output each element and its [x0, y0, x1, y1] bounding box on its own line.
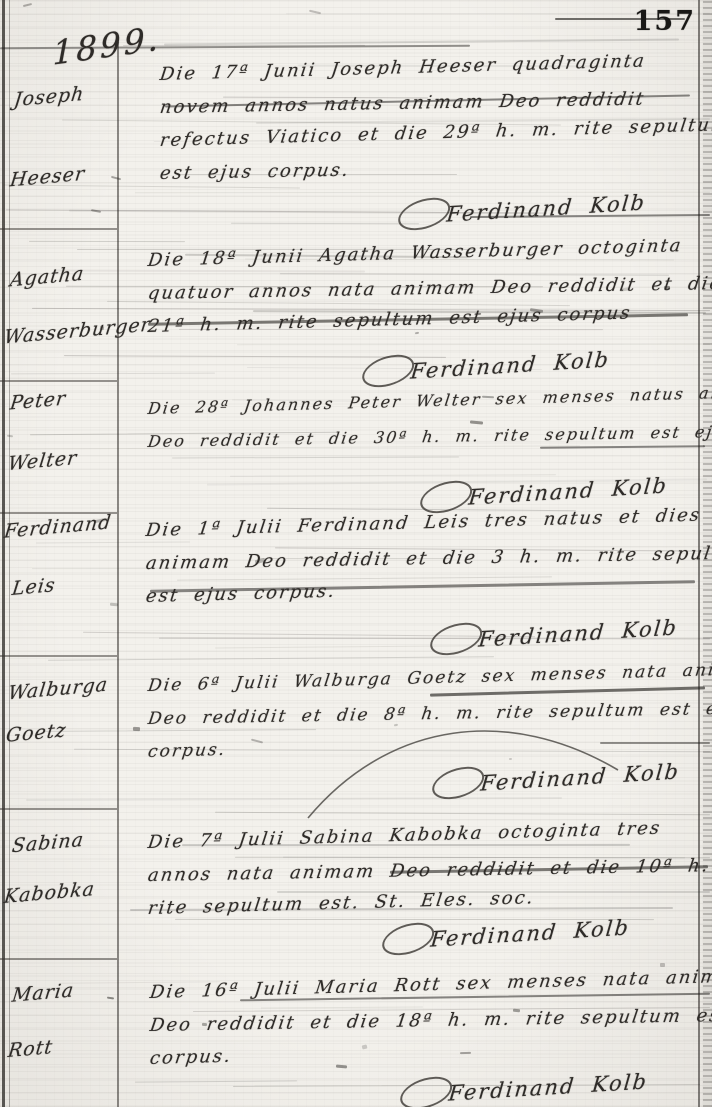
scan-streak	[133, 727, 140, 731]
margin-column-rule	[117, 42, 119, 1107]
signature-text: Ferdinand Kolb	[447, 1069, 649, 1105]
margin-name: Goetz	[5, 719, 68, 747]
left-page-edge-rule	[2, 0, 5, 1107]
signature-text: Ferdinand Kolb	[479, 759, 681, 795]
margin-name: Joseph	[13, 83, 86, 111]
scan-streak	[7, 435, 13, 438]
row-divider	[0, 655, 117, 657]
page-number: 157	[634, 6, 696, 37]
margin-name: Walburga	[7, 673, 110, 704]
scan-streak	[230, 475, 556, 477]
row-divider	[0, 380, 117, 382]
margin-name: Sabina	[11, 829, 86, 858]
margin-name: Kabobka	[3, 878, 97, 908]
entry-record: Die 16ª Julii Maria Rott sex menses nata…	[150, 976, 712, 1075]
margin-name: Heeser	[9, 163, 87, 192]
margin-name: Ferdinand	[3, 511, 113, 543]
scan-streak	[107, 996, 114, 999]
entry-record: Die 28ª Johannes Peter Welter sex menses…	[148, 392, 712, 458]
signature-flourish-icon	[429, 617, 484, 660]
row-divider	[0, 228, 117, 230]
entry-record: Die 6ª Julii Walburga Goetz sex menses n…	[148, 670, 712, 769]
margin-name: Agatha	[9, 263, 86, 292]
margin-name: Peter	[9, 387, 68, 414]
signature-text: Ferdinand Kolb	[429, 915, 631, 951]
scan-streak	[91, 210, 101, 214]
row-divider	[0, 808, 117, 810]
entry-record: Die 17ª Junii Joseph Heeser quadraginta …	[160, 58, 712, 190]
entry-record: Die 18ª Junii Agatha Wasserburger octogi…	[148, 244, 712, 343]
scan-streak	[231, 222, 419, 223]
signature-flourish-icon	[397, 192, 452, 235]
signature-text: Ferdinand Kolb	[409, 347, 611, 383]
register-scan-page: 157 1899. Joseph Heeser Die 17ª Junii Jo…	[0, 0, 712, 1107]
row-divider	[0, 958, 117, 960]
signature-flourish-icon	[399, 1071, 454, 1107]
priest-signature: Ferdinand Kolb	[429, 610, 680, 655]
scan-streak	[23, 3, 32, 7]
margin-name: Rott	[7, 1036, 55, 1062]
signature-text: Ferdinand Kolb	[477, 615, 679, 651]
scan-streak	[48, 657, 494, 662]
scan-streak	[135, 1080, 297, 1082]
entry-record: Die 1ª Julii Ferdinand Leis tres natus e…	[146, 514, 712, 613]
margin-name: Maria	[11, 979, 76, 1007]
margin-name: Leis	[11, 574, 57, 600]
year-label: 1899.	[53, 18, 161, 73]
margin-name: Wasserburger	[3, 313, 152, 348]
scan-streak	[237, 344, 710, 345]
signature-text: Ferdinand Kolb	[445, 190, 647, 226]
scan-streak	[111, 176, 121, 181]
margin-name: Welter	[7, 447, 79, 475]
scan-streak	[11, 372, 215, 374]
scan-streak	[110, 603, 119, 606]
left-inner-edge-rule	[9, 0, 10, 1107]
scan-streak	[29, 241, 185, 242]
